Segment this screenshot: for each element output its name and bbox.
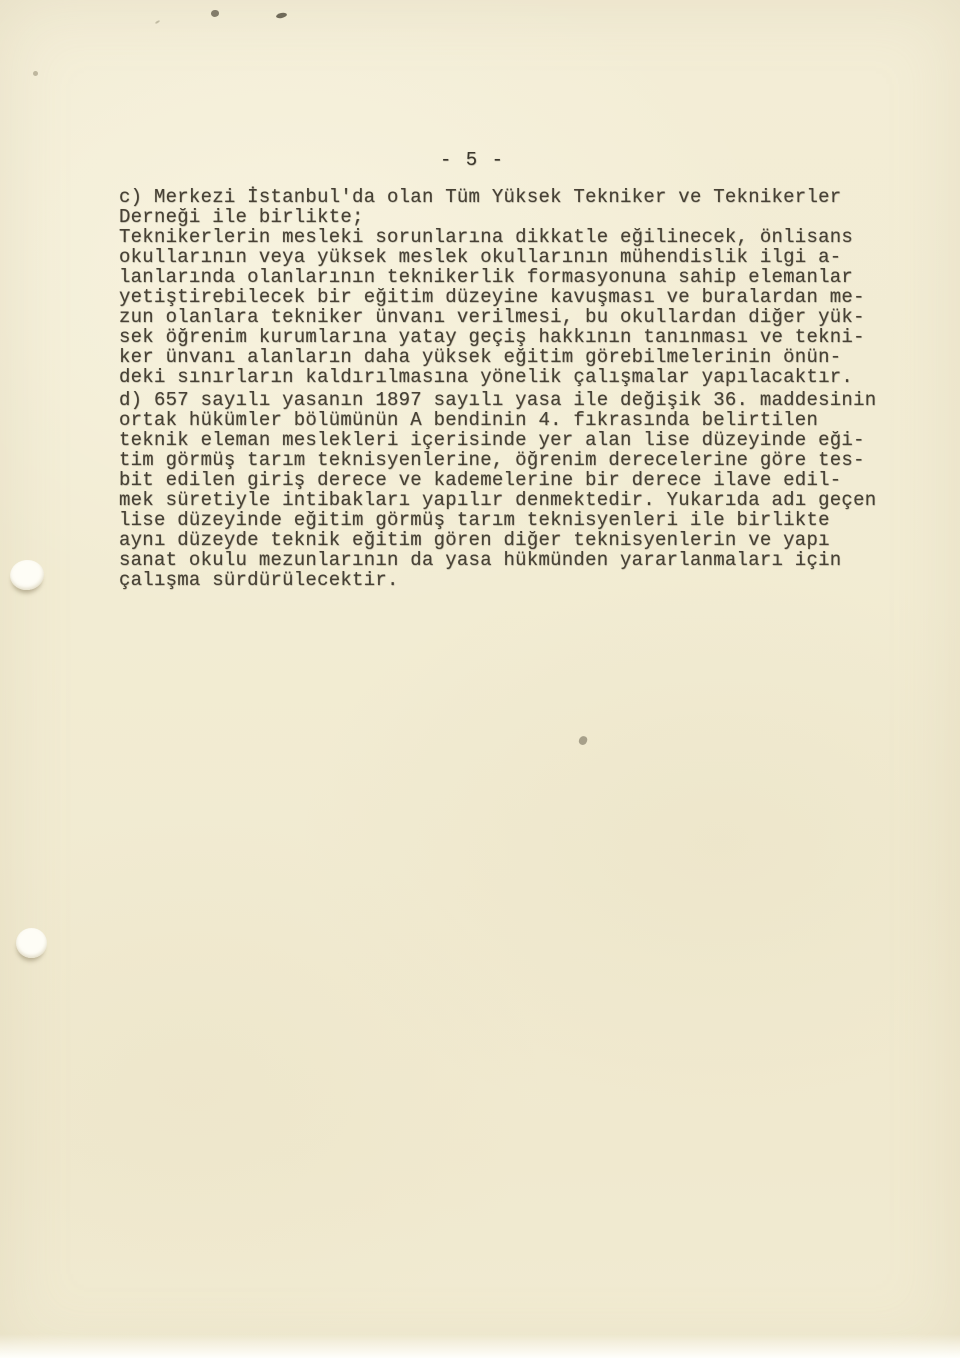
paper-speck (155, 20, 160, 24)
scanned-document-page: - 5 - c) Merkezi İstanbul'da olan Tüm Yü… (0, 0, 960, 1358)
paper-speck (211, 10, 219, 17)
page-number: - 5 - (440, 150, 505, 170)
paper-speck (33, 71, 38, 76)
paper-speck (578, 735, 588, 746)
document-body: c) Merkezi İstanbul'da olan Tüm Yüksek T… (119, 187, 909, 590)
paragraph-d: d) 657 sayılı yasanın 1897 sayılı yasa i… (119, 390, 909, 590)
punch-hole-bottom (16, 928, 47, 958)
scan-edge-fade (0, 1334, 960, 1358)
paper-speck (276, 12, 288, 19)
punch-hole-top (8, 558, 46, 592)
paragraph-c: c) Merkezi İstanbul'da olan Tüm Yüksek T… (119, 187, 909, 387)
